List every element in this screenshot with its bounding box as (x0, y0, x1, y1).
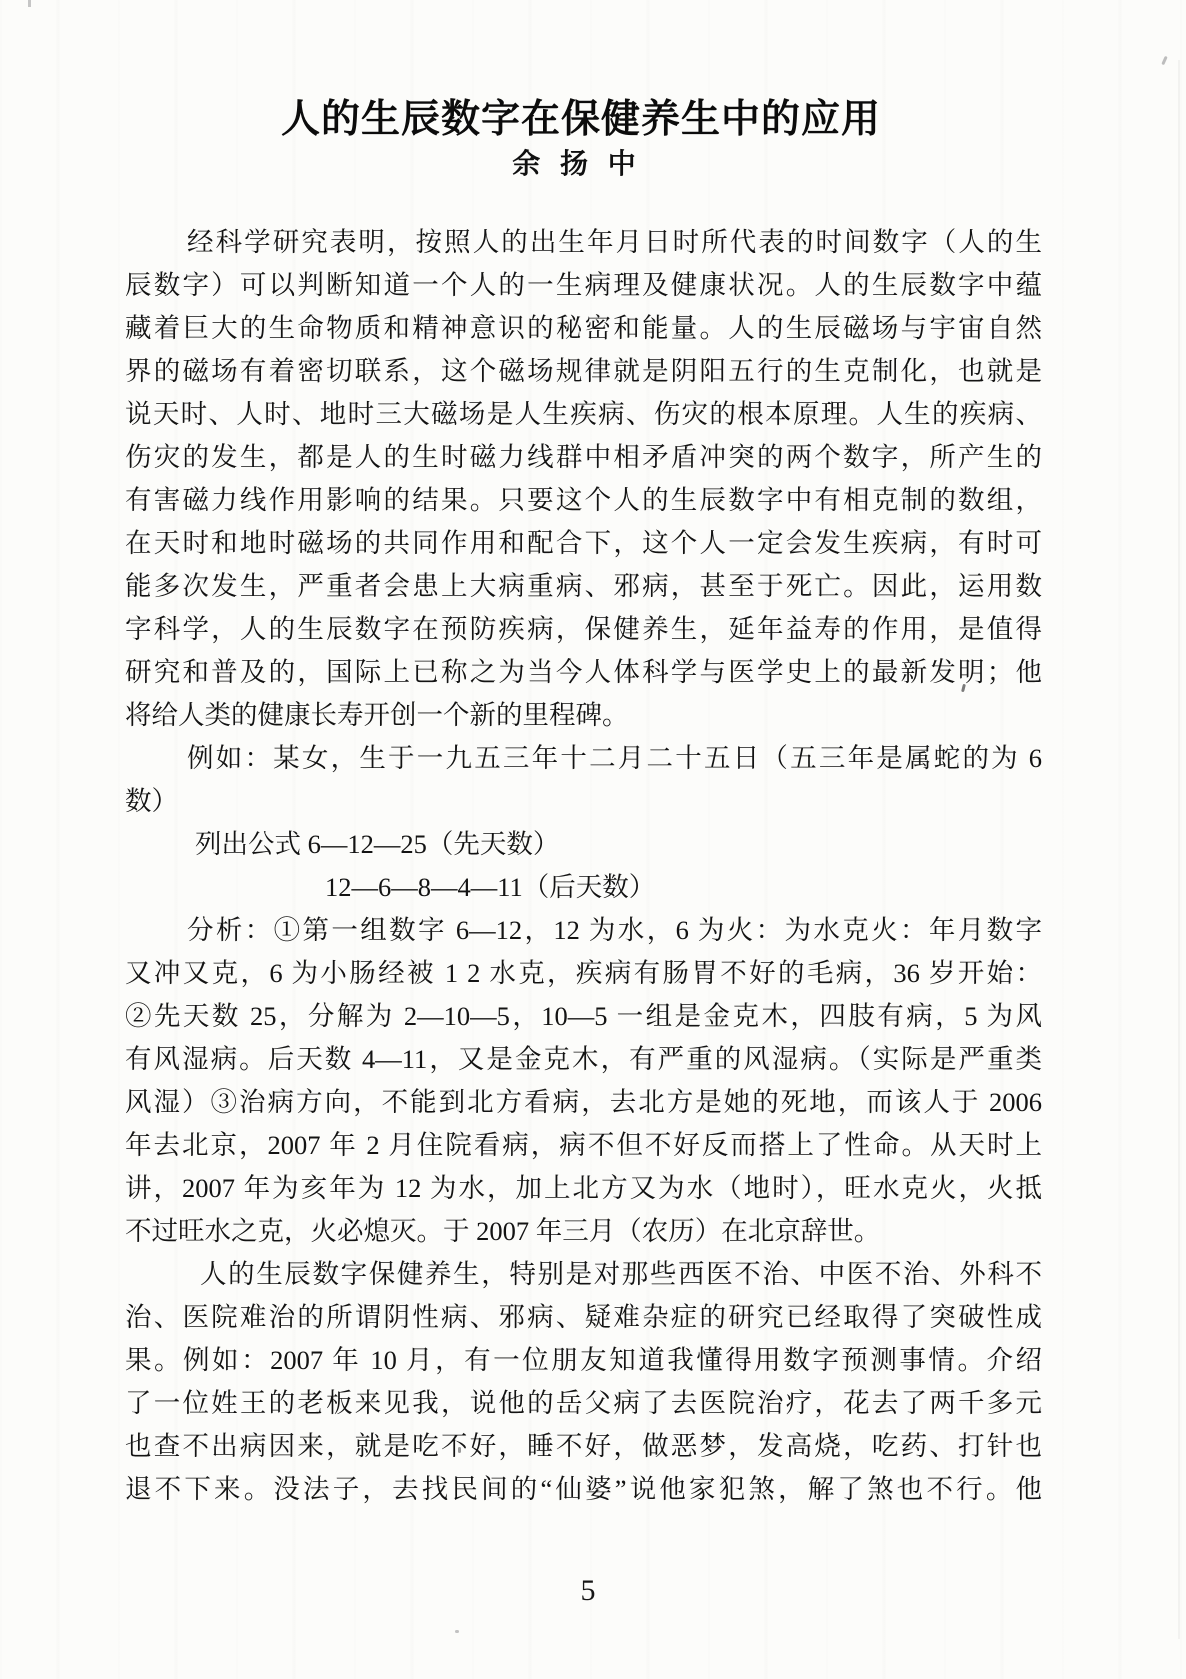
text-line: 年去北京，2007 年 2 月住院看病，病不但不好反而搭上了性命。从天时上 (125, 1124, 1042, 1167)
text-line-formula-innate: 列出公式 6—12—25（先天数） (125, 823, 1042, 866)
text-line: 研究和普及的，国际上已称之为当今人体科学与医学史上的最新发明；他 (125, 651, 1042, 694)
text-line: 藏着巨大的生命物质和精神意识的秘密和能量。人的生辰磁场与宇宙自然 (125, 307, 1042, 350)
text-line: 有害磁力线作用影响的结果。只要这个人的生辰数字中有相克制的数组， (125, 479, 1042, 522)
text-line: 果。例如：2007 年 10 月，有一位朋友知道我懂得用数字预测事情。介绍 (125, 1339, 1042, 1382)
scan-speck (1161, 56, 1167, 65)
text-line: 界的磁场有着密切联系，这个磁场规律就是阴阳五行的生克制化，也就是 (125, 350, 1042, 393)
text-line: 分析：①第一组数字 6—12，12 为水，6 为火：为水克火：年月数字 (125, 909, 1042, 952)
text-line: 字科学，人的生辰数字在预防疾病，保健养生，延年益寿的作用，是值得 (125, 608, 1042, 651)
page-number: 5 (0, 1574, 1176, 1608)
text-line: 数） (125, 780, 1042, 823)
scan-edge-band (8, 1661, 1178, 1676)
text-line: 伤灾的发生，都是人的生时磁力线群中相矛盾冲突的两个数字，所产生的 (125, 436, 1042, 479)
scan-speck (455, 1630, 459, 1633)
document-author: 余 扬 中 (0, 142, 1148, 182)
scanned-document-page: 人的生辰数字在保健养生中的应用 余 扬 中 经科学研究表明，按照人的出生年月日时… (0, 0, 1186, 1679)
text-line: 经科学研究表明，按照人的出生年月日时所代表的时间数字（人的生 (125, 221, 1042, 264)
text-line: 将给人类的健康长寿开创一个新的里程碑。 (125, 694, 1042, 737)
scan-edge-streak (1178, 60, 1180, 1639)
text-line: 也查不出病因来，就是吃不好，睡不好，做恶梦，发高烧，吃药、打针也 (125, 1425, 1042, 1468)
text-line: 讲，2007 年为亥年为 12 为水，加上北方又为水（地时），旺水克火，火抵 (125, 1167, 1042, 1210)
text-line: 风湿）③治病方向，不能到北方看病，去北方是她的死地，而该人于 2006 (125, 1081, 1042, 1124)
text-line: 例如：某女，生于一九五三年十二月二十五日（五三年是属蛇的为 6 (125, 737, 1042, 780)
text-line: 不过旺水之克，火必熄灭。于 2007 年三月（农历）在北京辞世。 (125, 1210, 1042, 1253)
text-line: 了一位姓王的老板来见我，说他的岳父病了去医院治疗，花去了两千多元 (125, 1382, 1042, 1425)
document-title: 人的生辰数字在保健养生中的应用 (0, 88, 1162, 144)
text-line: 治、医院难治的所谓阴性病、邪病、疑难杂症的研究已经取得了突破性成 (125, 1296, 1042, 1339)
text-line: ②先天数 25，分解为 2—10—5，10—5 一组是金克木，四肢有病，5 为风 (125, 995, 1042, 1038)
text-line: 退不下来。没法子，去找民间的“仙婆”说他家犯煞，解了煞也不行。他 (125, 1468, 1042, 1511)
text-line: 在天时和地时磁场的共同作用和配合下，这个人一定会发生疾病，有时可 (125, 522, 1042, 565)
text-line: 又冲又克，6 为小肠经被 1 2 水克，疾病有肠胃不好的毛病，36 岁开始： (125, 952, 1042, 995)
text-line: 说天时、人时、地时三大磁场是人生疾病、伤灾的根本原理。人生的疾病、 (125, 393, 1042, 436)
text-line: 能多次发生，严重者会患上大病重病、邪病，甚至于死亡。因此，运用数 (125, 565, 1042, 608)
text-line: 辰数字）可以判断知道一个人的一生病理及健康状况。人的生辰数字中蕴 (125, 264, 1042, 307)
text-line: 人的生辰数字保健养生，特别是对那些西医不治、中医不治、外科不 (125, 1253, 1042, 1296)
scan-noise-top (28, 0, 31, 7)
text-line: 有风湿病。后天数 4—11，又是金克木，有严重的风湿病。（实际是严重类 (125, 1038, 1042, 1081)
document-body: 经科学研究表明，按照人的出生年月日时所代表的时间数字（人的生 辰数字）可以判断知… (125, 221, 1042, 1511)
text-line-formula-acquired: 12—6—8—4—11（后天数） (125, 866, 1042, 909)
